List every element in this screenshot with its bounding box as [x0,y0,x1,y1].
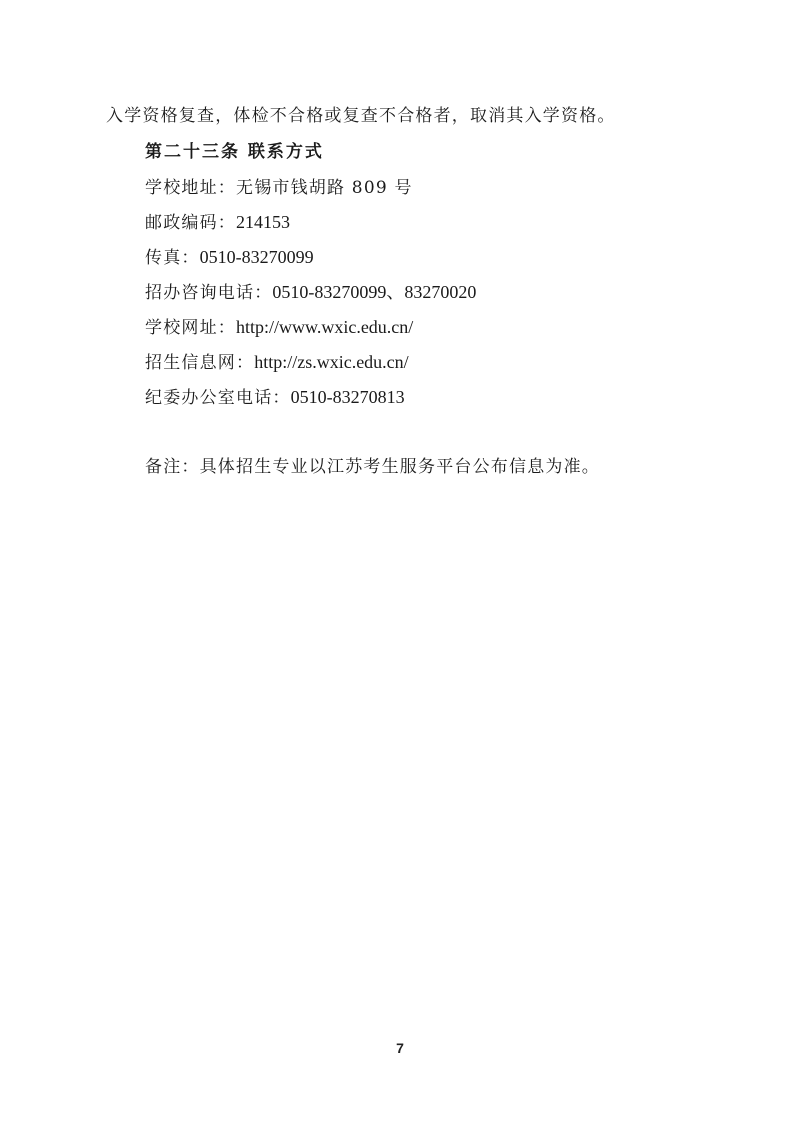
contact-value: 214153 [236,212,290,232]
contact-fax: 传真：0510-83270099 [145,245,314,270]
note-text: 备注：具体招生专业以江苏考生服务平台公布信息为准。 [145,457,600,477]
contact-value: 0510-83270099 [200,247,314,267]
contact-admissions-site: 招生信息网：http://zs.wxic.edu.cn/ [145,350,409,375]
document-page: 入学资格复查，体检不合格或复查不合格者，取消其入学资格。 第二十三条 联系方式 … [0,0,800,1132]
contact-website: 学校网址：http://www.wxic.edu.cn/ [145,315,413,340]
contact-label: 邮政编码： [145,213,236,233]
contact-admissions-phone: 招办咨询电话：0510-83270099、83270020 [145,280,476,305]
continuation-text: 入学资格复查，体检不合格或复查不合格者，取消其入学资格。 [106,106,616,126]
contact-postcode: 邮政编码：214153 [145,210,290,235]
page-number: 7 [0,1040,800,1056]
contact-label: 传真： [145,248,200,268]
contact-address: 学校地址：无锡市钱胡路 809 号 [145,176,413,200]
note-paragraph: 备注：具体招生专业以江苏考生服务平台公布信息为准。 [145,455,600,479]
contact-label: 学校地址： [145,178,236,198]
contact-value: 无锡市钱胡路 809 号 [236,178,413,198]
contact-value: 0510-83270099、83270020 [272,282,476,302]
section-heading-text: 第二十三条 联系方式 [145,142,324,162]
continuation-paragraph: 入学资格复查，体检不合格或复查不合格者，取消其入学资格。 [106,104,616,128]
contact-label: 招生信息网： [145,353,254,373]
website-link[interactable]: http://www.wxic.edu.cn/ [236,317,413,337]
contact-label: 纪委办公室电话： [145,388,291,408]
contact-value: 0510-83270813 [291,387,405,407]
contact-label: 招办咨询电话： [145,283,272,303]
admissions-site-link[interactable]: http://zs.wxic.edu.cn/ [254,352,408,372]
section-heading: 第二十三条 联系方式 [145,140,324,164]
contact-discipline-office-phone: 纪委办公室电话：0510-83270813 [145,385,405,410]
contact-label: 学校网址： [145,318,236,338]
